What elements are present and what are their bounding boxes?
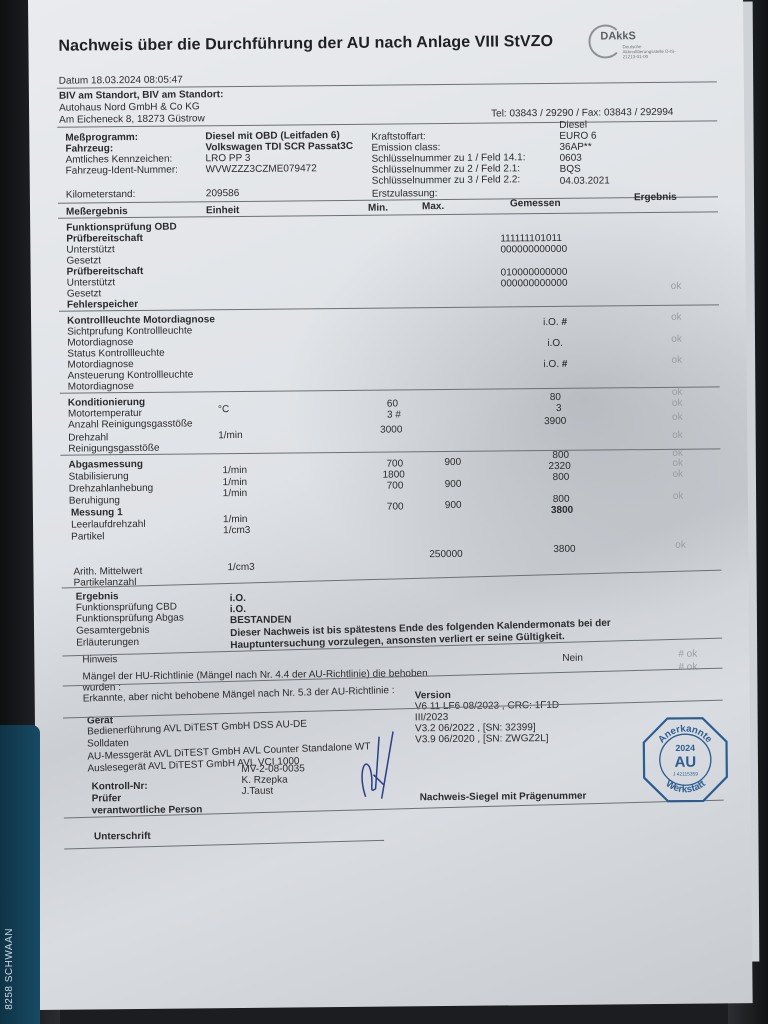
mileage-label: Kilometerstand: bbox=[66, 189, 136, 201]
svg-text:AU: AU bbox=[674, 754, 696, 771]
obd-set-1: 000000000000 bbox=[500, 244, 567, 256]
document-date: Datum 18.03.2024 08:05:47 bbox=[59, 75, 183, 87]
obd-set-2: 000000000000 bbox=[501, 278, 568, 290]
particle-count: 3800 bbox=[551, 505, 573, 516]
workshop-address: Am Eicheneck 8, 18273 Güstrow bbox=[59, 113, 205, 125]
svg-text:J 42115359: J 42115359 bbox=[673, 771, 698, 777]
key-number-3: BQS bbox=[560, 164, 581, 175]
obd-result: i.O. bbox=[230, 593, 246, 604]
card-edge: 8258 SCHWAAN bbox=[0, 725, 40, 1024]
workshop-stamp: Anerkannte Werkstatt 2024 AU J 42115359 bbox=[641, 715, 730, 804]
vin-value: WVWZZZ3CZME079472 bbox=[206, 163, 317, 175]
emission-class: EURO 6 bbox=[559, 131, 596, 142]
mileage-value: 209586 bbox=[206, 188, 239, 199]
inspector-name: K. Rzepka bbox=[241, 775, 287, 786]
key-number-1: 36AP** bbox=[559, 142, 591, 153]
plate-value: LRO PP 3 bbox=[205, 153, 250, 164]
obd-supported-2: 010000000000 bbox=[501, 267, 568, 279]
control-number: MV-2-08-0035 bbox=[241, 763, 304, 775]
responsible-name: J.Taust bbox=[242, 786, 274, 797]
exhaust-result: i.O. bbox=[230, 604, 246, 615]
key-number-2: 0603 bbox=[559, 153, 581, 164]
workshop-heading: BIV am Standort, BIV am Standort: bbox=[59, 89, 224, 102]
au-certificate: Nachweis über die Durchführung der AU na… bbox=[28, 0, 753, 1010]
dakks-logo: DAkkS Deutsche Akkreditierungsstelle D-I… bbox=[588, 24, 698, 69]
first-registration: 04.03.2021 bbox=[560, 175, 610, 186]
workshop-contact: Tel: 03843 / 29290 / Fax: 03843 / 292994 bbox=[491, 107, 673, 120]
document-title: Nachweis über die Durchführung der AU na… bbox=[58, 33, 553, 56]
program-label: Meßprogramm: bbox=[65, 132, 138, 144]
vehicle-label: Fahrzeug: bbox=[65, 143, 113, 154]
vin-label: Fahrzeug-Ident-Nummer: bbox=[66, 165, 178, 177]
vehicle-value: Volkswagen TDI SCR Passat3C bbox=[205, 141, 353, 153]
total-result: BESTANDEN bbox=[230, 614, 292, 626]
card-text: 8258 SCHWAAN bbox=[4, 928, 15, 1010]
svg-text:Werkstatt: Werkstatt bbox=[663, 778, 708, 796]
signature bbox=[353, 726, 414, 807]
obd-supported-1: 111111101011 bbox=[500, 233, 562, 245]
fuel-type: Diesel bbox=[559, 120, 587, 131]
svg-text:2024: 2024 bbox=[675, 743, 695, 753]
workshop-name: Autohaus Nord GmbH & Co KG bbox=[59, 101, 200, 113]
